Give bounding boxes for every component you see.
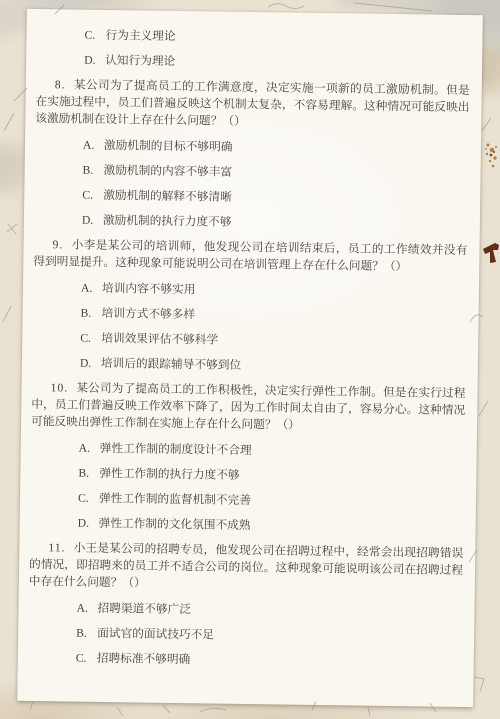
stain-speck [490,154,493,157]
question-stem: 10.某公司为了提高员工的工作积极性，决定实行弹性工作制。但是在实行过程中，员工… [31,379,466,436]
option-label: B. [80,305,94,322]
option-row: C.行为主义理论 [36,26,470,49]
option-text: 弹性工作制的制度设计不合理 [100,442,252,457]
option-text: 招聘标准不够明确 [97,652,191,666]
option-label: D. [84,52,98,69]
document-page: C.行为主义理论 D.认知行为理论 8.某公司为了提高员工的工作满意度，决定实施… [17,9,483,707]
question-7-options: C.行为主义理论 D.认知行为理论 [36,26,471,74]
question-stem: 9.小李是某公司的培训师，他发现公司在培训结束后，员工的工作绩效并没有得到明显提… [33,236,467,276]
option-label: A. [83,137,97,154]
question-11-options: A.招聘渠道不够广泛 B.面试官的面试技巧不足 C.招聘标准不够明确 [28,599,463,672]
question-stem: 8.某公司为了提高员工的工作满意度，决定实施一项新的员工激励机制。但是在实施过程… [35,76,470,133]
pencil-stroke [482,118,491,131]
option-text: 弹性工作制的执行力度不够 [99,467,239,482]
question-8-options: A.激励机制的目标不够明确 B.激励机制的内容不够丰富 C.激励机制的解释不够清… [34,136,469,234]
option-row: A.培训内容不够实用 [33,279,467,302]
option-row: C.培训效果评估不够科学 [32,329,466,352]
question-10-options: A.弹性工作制的制度设计不合理 B.弹性工作制的执行力度不够 C.弹性工作制的监… [30,439,465,537]
option-text: 培训方式不够多样 [102,307,196,321]
dark-stain-speckles [490,151,495,156]
option-text: 激励机制的内容不够丰富 [104,164,233,179]
question-9: 9.小李是某公司的培训师，他发现公司在培训结束后，员工的工作绩效并没有得到明显提… [32,236,468,377]
option-text: 面试官的面试技巧不足 [97,627,214,642]
option-label: C. [84,27,98,44]
stain-speck [493,156,496,159]
question-8: 8.某公司为了提高员工的工作满意度，决定实施一项新的员工激励机制。但是在实施过程… [34,76,470,234]
question-10: 10.某公司为了提高员工的工作积极性，决定实行弹性工作制。但是在实行过程中，员工… [30,379,466,537]
question-9-options: A.培训内容不够实用 B.培训方式不够多样 C.培训效果评估不够科学 D.培训后… [32,279,467,377]
option-row: C.激励机制的解释不够清晰 [34,186,468,209]
pencil-stroke [7,224,17,234]
option-label: D. [82,212,96,229]
option-label: B. [82,162,96,179]
pencil-stroke [368,707,370,716]
pencil-stroke [163,705,170,713]
option-label: D. [80,355,94,372]
option-text: 招聘渠道不够广泛 [97,602,191,616]
pencil-stroke [479,401,488,416]
pencil-stroke [30,702,33,710]
pencil-stroke [3,306,11,322]
option-text: 培训效果评估不够科学 [101,332,218,347]
option-text: 激励机制的目标不够明确 [104,139,233,154]
option-text: 培训后的跟踪辅导不够到位 [101,357,241,372]
option-row: C.弹性工作制的监督机制不完善 [30,489,464,512]
question-number: 9. [52,238,63,251]
option-text: 弹性工作制的文化氛围不成熟 [99,517,251,532]
gray-wash-left-middle [0,146,20,194]
stain-speck [489,160,491,162]
option-text: 激励机制的执行力度不够 [103,214,232,229]
option-label: B. [78,465,92,482]
pencil-stroke [117,707,123,716]
question-number: 8. [55,78,66,91]
option-row: B.弹性工作制的执行力度不够 [30,464,464,487]
question-stem: 11.小王是某公司的招聘专员，他发现公司在招聘过程中，经常会出现招聘错误的情况，… [29,539,464,596]
stain-speck [495,146,497,148]
option-label: C. [82,187,96,204]
question-number: 11. [48,541,65,554]
option-row: B.培训方式不够多样 [32,304,466,327]
orange-stain-speckles [485,144,497,168]
stain-speck [492,165,495,168]
option-row: A.招聘渠道不够广泛 [28,599,462,622]
option-row: B.面试官的面试技巧不足 [28,624,462,647]
option-row: D.激励机制的执行力度不够 [34,211,468,234]
stain-speck [490,148,494,152]
option-row: C.招聘标准不够明确 [28,649,462,672]
stain-speck [493,151,495,153]
option-text: 弹性工作制的监督机制不完善 [99,492,251,507]
option-label: C. [76,650,90,667]
option-label: D. [78,515,92,532]
option-label: B. [76,625,90,642]
option-label: A. [79,440,93,457]
option-label: C. [78,490,92,507]
option-row: B.激励机制的内容不够丰富 [34,161,468,184]
option-row: A.激励机制的目标不够明确 [35,136,469,159]
pencil-stroke [200,708,226,712]
question-stem-text: 小李是某公司的培训师，他发现公司在培训结束后，员工的工作绩效并没有得到明显提升。… [33,238,467,273]
pencil-stroke [268,4,304,9]
question-number: 10. [50,381,68,394]
document-content: C.行为主义理论 D.认知行为理论 8.某公司为了提高员工的工作满意度，决定实施… [17,9,483,707]
pencil-stroke [355,3,432,11]
option-label: A. [81,280,95,297]
question-stem-text: 某公司为了提高员工的工作积极性，决定实行弹性工作制。但是在实行过程中，员工们普遍… [31,382,466,432]
stain-speck [485,148,487,150]
stain-speck [487,144,490,147]
option-row: D.认知行为理论 [36,51,470,74]
question-stem-text: 小王是某公司的招聘专员，他发现公司在招聘过程中，经常会出现招聘错误的情况，即招聘… [29,542,464,590]
pencil-stroke [4,113,14,131]
dark-ink-stain [483,243,499,263]
option-row: A.弹性工作制的制度设计不合理 [31,439,465,462]
option-row: D.弹性工作制的文化氛围不成熟 [30,514,464,537]
option-text: 激励机制的解释不够清晰 [103,189,232,204]
question-stem-text: 某公司为了提高员工的工作满意度，决定实施一项新的员工激励机制。但是在实施过程中，… [35,79,470,128]
option-label: A. [76,600,90,617]
option-text: 认知行为理论 [105,54,175,68]
option-label: C. [80,330,94,347]
option-text: 行为主义理论 [105,29,175,43]
option-row: D.培训后的跟踪辅导不够到位 [32,354,466,377]
option-text: 培训内容不够实用 [102,282,196,296]
question-11: 11.小王是某公司的招聘专员，他发现公司在招聘过程中，经常会出现招聘错误的情况，… [28,539,464,672]
pencil-stroke [474,677,484,692]
stain-speck [486,153,488,155]
